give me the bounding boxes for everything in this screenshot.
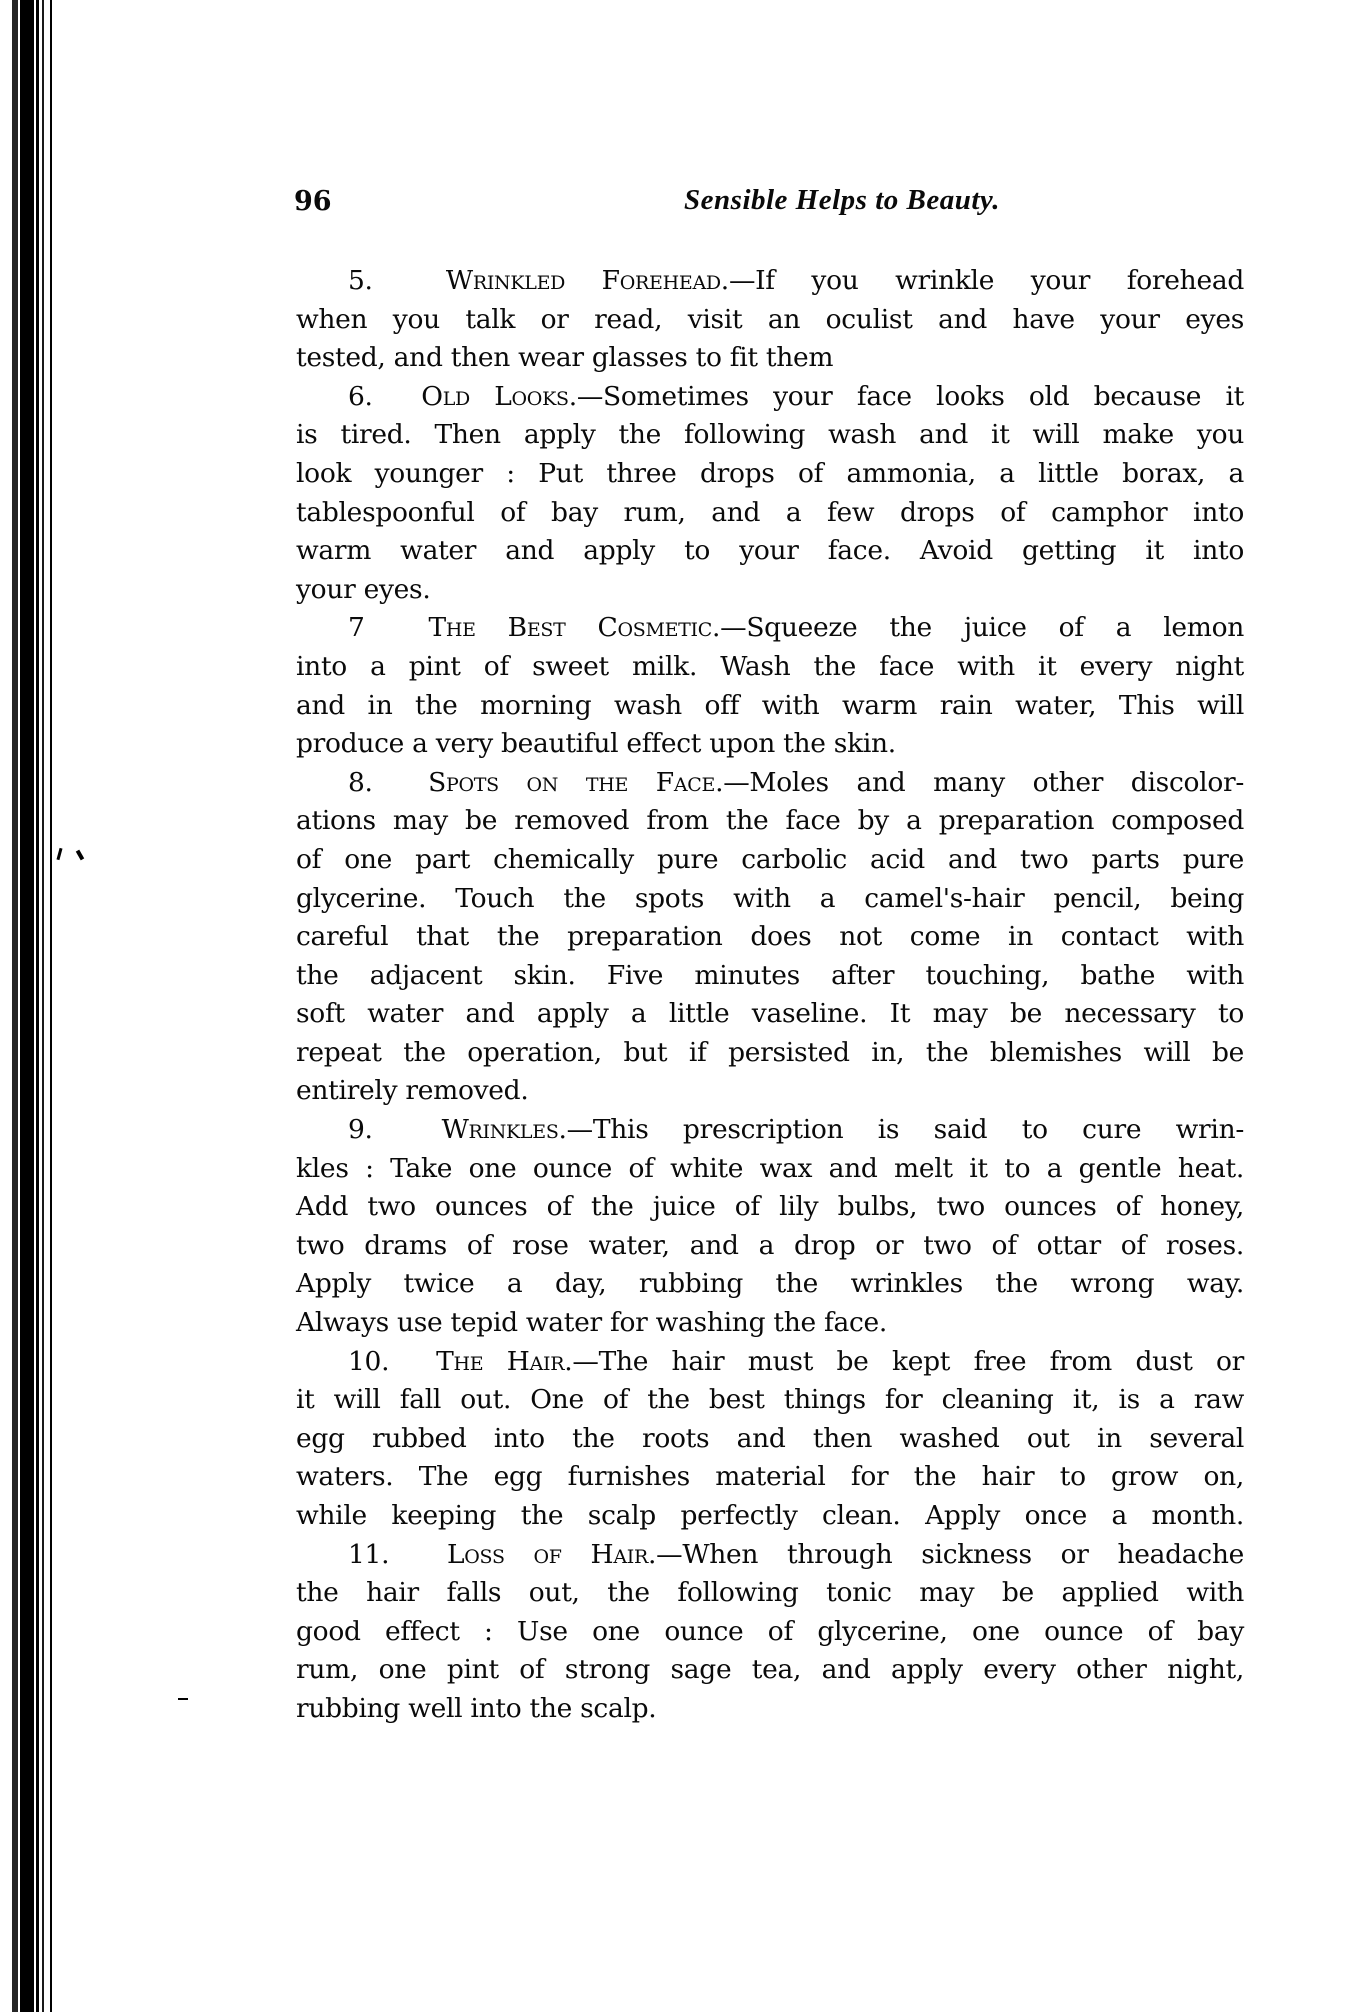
text-line: produce a very beautiful effect upon the… bbox=[296, 725, 1244, 764]
text-line: it will fall out. One of the best things… bbox=[296, 1381, 1244, 1420]
text-line: of one part chemically pure carbolic aci… bbox=[296, 841, 1244, 880]
text-line: Add two ounces of the juice of lily bulb… bbox=[296, 1188, 1244, 1227]
text-line: while keeping the scalp perfectly clean.… bbox=[296, 1497, 1244, 1536]
item-heading: Wrinkled Forehead. bbox=[446, 265, 729, 296]
item-heading: Old Looks. bbox=[421, 381, 577, 412]
paragraph-first-line: 8. Spots on the Face.—Moles and many oth… bbox=[296, 764, 1244, 803]
text-line: tablespoonful of bay rum, and a few drop… bbox=[296, 494, 1244, 533]
book-binding-edge bbox=[0, 0, 60, 2012]
text-line: egg rubbed into the roots and then washe… bbox=[296, 1420, 1244, 1459]
text-line: Always use tepid water for washing the f… bbox=[296, 1304, 1244, 1343]
running-title: Sensible Helps to Beauty. bbox=[442, 184, 1242, 217]
text-line: into a pint of sweet milk. Wash the face… bbox=[296, 648, 1244, 687]
page-body: 5. Wrinkled Forehead.—If you wrinkle you… bbox=[296, 262, 1244, 1729]
text-line: kles : Take one ounce of white wax and m… bbox=[296, 1150, 1244, 1189]
paragraph-first-line: 5. Wrinkled Forehead.—If you wrinkle you… bbox=[296, 262, 1244, 301]
text-line: waters. The egg furnishes material for t… bbox=[296, 1458, 1244, 1497]
item-heading: The Best Cosmetic. bbox=[429, 612, 721, 643]
text-line: good effect : Use one ounce of glycerine… bbox=[296, 1613, 1244, 1652]
text-line: warm water and apply to your face. Avoid… bbox=[296, 532, 1244, 571]
text-line: the adjacent skin. Five minutes after to… bbox=[296, 957, 1244, 996]
text-line: ations may be removed from the face by a… bbox=[296, 802, 1244, 841]
paragraph-first-line: 7 The Best Cosmetic.—Squeeze the juice o… bbox=[296, 609, 1244, 648]
text-line: entirely removed. bbox=[296, 1072, 1244, 1111]
text-line: glycerine. Touch the spots with a camel'… bbox=[296, 880, 1244, 919]
text-line: Apply twice a day, rubbing the wrinkles … bbox=[296, 1265, 1244, 1304]
item-heading: The Hair. bbox=[436, 1346, 572, 1377]
item-heading: Wrinkles. bbox=[442, 1114, 567, 1145]
paragraph-first-line: 6. Old Looks.—Sometimes your face looks … bbox=[296, 378, 1244, 417]
text-line: careful that the preparation does not co… bbox=[296, 918, 1244, 957]
text-line: rubbing well into the scalp. bbox=[296, 1690, 1244, 1729]
text-line: two drams of rose water, and a drop or t… bbox=[296, 1227, 1244, 1266]
text-line: when you talk or read, visit an oculist … bbox=[296, 301, 1244, 340]
text-line: look younger : Put three drops of ammoni… bbox=[296, 455, 1244, 494]
scan-speck bbox=[76, 850, 84, 861]
scan-speck bbox=[178, 1698, 188, 1700]
text-line: tested, and then wear glasses to fit the… bbox=[296, 339, 1244, 378]
text-line: and in the morning wash off with warm ra… bbox=[296, 687, 1244, 726]
text-line: rum, one pint of strong sage tea, and ap… bbox=[296, 1651, 1244, 1690]
text-line: repeat the operation, but if persisted i… bbox=[296, 1034, 1244, 1073]
page-number: 96 bbox=[294, 186, 332, 217]
paragraph-first-line: 9. Wrinkles.—This prescription is said t… bbox=[296, 1111, 1244, 1150]
text-line: the hair falls out, the following tonic … bbox=[296, 1574, 1244, 1613]
text-line: your eyes. bbox=[296, 571, 1244, 610]
item-heading: Spots on the Face. bbox=[428, 767, 723, 798]
running-head: 96 Sensible Helps to Beauty. bbox=[294, 186, 1244, 226]
text-line: soft water and apply a little vaseline. … bbox=[296, 995, 1244, 1034]
text-line: is tired. Then apply the following wash … bbox=[296, 416, 1244, 455]
item-heading: Loss of Hair. bbox=[447, 1539, 656, 1570]
paragraph-first-line: 11. Loss of Hair.—When through sickness … bbox=[296, 1536, 1244, 1575]
paragraph-first-line: 10. The Hair.—The hair must be kept free… bbox=[296, 1343, 1244, 1382]
